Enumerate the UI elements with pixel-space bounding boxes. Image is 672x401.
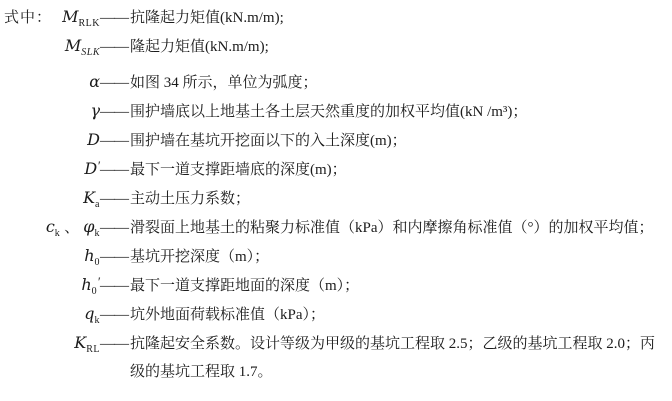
symbol-letter: h	[81, 275, 91, 294]
symbol-letter: D	[84, 159, 97, 178]
where-label: 式中：	[4, 4, 52, 32]
symbol-letter: M	[62, 7, 78, 26]
definition-text: 围护墙在基坑开挖面以下的入土深度(m)；	[130, 127, 667, 155]
symbol-letter: c	[46, 217, 55, 236]
symbol-cell: α	[4, 68, 100, 97]
definition-row: D′ —— 最下一道支撑距墙底的深度(m)；	[4, 155, 667, 184]
document: 式中： MRLK —— 抗隆起力矩值(kN.m/m); MSLK —— 隆起力矩…	[0, 0, 672, 386]
em-dash: ——	[100, 185, 130, 213]
symbol-letter: D	[87, 130, 100, 149]
definition-row: qk —— 坑外地面荷载标准值（kPa）；	[4, 300, 667, 329]
definition-text: 最下一道支撑距地面的深度（m）；	[130, 272, 667, 300]
prime-mark: ′	[97, 158, 100, 173]
symbol: MRLK	[62, 3, 100, 32]
symbol-letter: h	[84, 246, 94, 265]
definition-row: KRL —— 抗隆起安全系数。设计等级为甲级的基坑工程取 2.5；乙级的基坑工程…	[4, 329, 667, 386]
definition-text: 基坑开挖深度（m）；	[130, 243, 667, 271]
symbol-cell: KRL	[4, 329, 100, 358]
em-dash: ——	[100, 4, 130, 32]
symbol-cell: ck、φk	[4, 213, 100, 242]
symbol: KRL	[74, 329, 100, 358]
definition-text: 滑裂面上地基土的粘聚力标准值（kPa）和内摩擦角标准值（°）的加权平均值；	[130, 214, 667, 242]
em-dash: ——	[100, 98, 130, 126]
definition-text: 坑外地面荷载标准值（kPa）；	[130, 301, 667, 329]
em-dash: ——	[100, 127, 130, 155]
definition-row: Ka —— 主动土压力系数；	[4, 184, 667, 213]
symbol-cell: γ	[4, 97, 100, 126]
symbol: qk	[84, 300, 100, 329]
symbol-letter: γ	[90, 101, 100, 120]
symbol-cell: D′	[4, 155, 100, 184]
definition-text: 如图 34 所示，单位为弧度；	[130, 69, 667, 97]
symbol-separator: 、	[60, 220, 83, 236]
definition-text: 最下一道支撑距墙底的深度(m)；	[130, 156, 667, 184]
definition-row: D —— 围护墙在基坑开挖面以下的入土深度(m)；	[4, 126, 667, 155]
symbol: D′	[84, 155, 100, 184]
definition-row: MSLK —— 隆起力矩值(kN.m/m);	[4, 32, 667, 61]
symbol-cell: MSLK	[4, 32, 100, 61]
definition-row: α —— 如图 34 所示，单位为弧度；	[4, 68, 667, 97]
symbol: γ	[90, 97, 100, 126]
em-dash: ——	[100, 272, 130, 300]
symbol: h0	[84, 242, 100, 271]
symbol: ck、φk	[46, 213, 100, 242]
symbol: D	[87, 126, 100, 155]
definition-row: ck、φk —— 滑裂面上地基土的粘聚力标准值（kPa）和内摩擦角标准值（°）的…	[4, 213, 667, 242]
definition-row: h0′ —— 最下一道支撑距地面的深度（m）；	[4, 271, 667, 300]
symbol-letter: M	[65, 36, 81, 55]
symbol-subscript: RLK	[79, 18, 101, 29]
em-dash: ——	[100, 330, 130, 358]
symbol-letter: q	[84, 304, 94, 323]
symbol-cell: Ka	[4, 184, 100, 213]
definition-text: 抗隆起安全系数。设计等级为甲级的基坑工程取 2.5；乙级的基坑工程取 2.0；丙…	[130, 330, 667, 386]
symbol-cell: h0′	[4, 271, 100, 300]
symbol-cell: h0	[4, 242, 100, 271]
symbol-cell: D	[4, 126, 100, 155]
em-dash: ——	[100, 69, 130, 97]
em-dash: ——	[100, 301, 130, 329]
symbol-cell: qk	[4, 300, 100, 329]
prime-mark: ′	[97, 274, 100, 289]
symbol-letter: K	[74, 333, 86, 352]
symbol-letter: α	[89, 72, 100, 91]
symbol: MSLK	[65, 32, 100, 61]
em-dash: ——	[100, 243, 130, 271]
symbol: α	[89, 68, 100, 97]
definition-row: h0 —— 基坑开挖深度（m）；	[4, 242, 667, 271]
definition-text: 主动土压力系数；	[130, 185, 667, 213]
definition-text: 隆起力矩值(kN.m/m);	[130, 33, 667, 61]
definition-row: 式中： MRLK —— 抗隆起力矩值(kN.m/m);	[4, 3, 667, 32]
symbol-letter-2: φ	[83, 217, 94, 236]
symbol-letter: K	[83, 188, 95, 207]
em-dash: ——	[100, 33, 130, 61]
em-dash: ——	[100, 214, 130, 242]
symbol-subscript: SLK	[81, 47, 100, 58]
symbol: Ka	[83, 184, 100, 213]
symbol-cell: 式中： MRLK	[4, 3, 100, 32]
symbol: h0′	[81, 271, 100, 300]
definition-row: γ —— 围护墙底以上地基土各土层天然重度的加权平均值(kN /m³)；	[4, 97, 667, 126]
definition-text: 抗隆起力矩值(kN.m/m);	[130, 4, 667, 32]
definition-text: 围护墙底以上地基土各土层天然重度的加权平均值(kN /m³)；	[130, 98, 667, 126]
em-dash: ——	[100, 156, 130, 184]
symbol-subscript: RL	[86, 344, 100, 355]
